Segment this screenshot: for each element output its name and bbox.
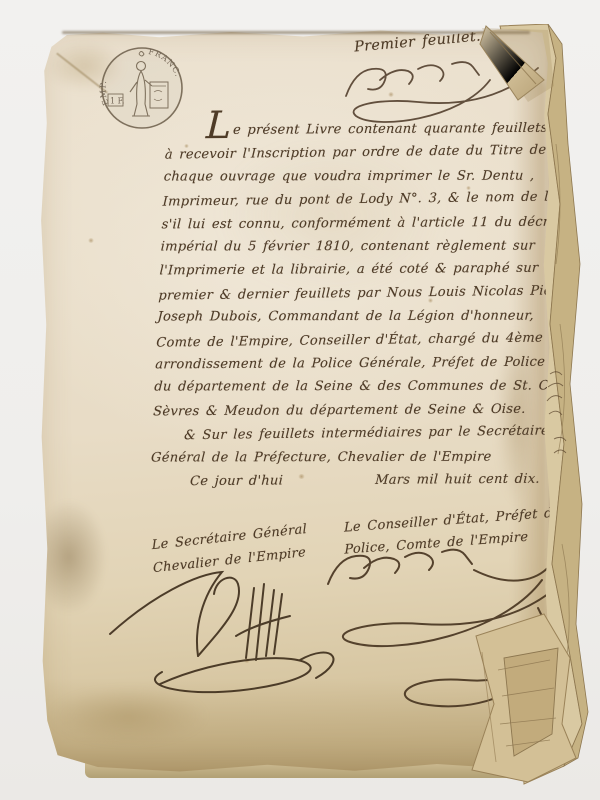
body-line: arrondissement de la Police Générale, Pr… (155, 351, 556, 377)
stain (30, 498, 108, 616)
body-line: Comte de l'Empire, Conseiller d'État, ch… (156, 326, 557, 355)
secretary-signature-icon (102, 564, 352, 714)
fox-spot (88, 238, 94, 243)
body-line: impérial du 5 février 1810, contenant rè… (160, 235, 561, 259)
document-photo: EMP. FRANC. 1 F. Premier feuillet. le (0, 0, 600, 800)
date-line-right: Mars mil huit cent dix. (375, 468, 541, 493)
body-line: s'il lui est connu, conformément à l'art… (161, 210, 562, 236)
body-line: & Sur les feuillets intermédiaires par l… (152, 420, 553, 449)
dog-ear-fold (452, 2, 562, 112)
body-line: premier & dernier feuillets par Nous Lou… (158, 279, 559, 308)
stamp-denomination: 1 F. (110, 97, 124, 106)
body-line: du département de la Seine & des Commune… (154, 375, 555, 399)
binding-stitch (34, 586, 42, 606)
body-line: à recevoir l'Inscription par ordre de da… (164, 139, 565, 168)
body-text: Le présent Livre contenant quarante feui… (149, 117, 566, 495)
date-line: Ce jour d'hui Mars mil huit cent dix. (149, 468, 550, 495)
binding-stitch (34, 378, 42, 393)
body-line: chaque ouvrage que voudra imprimer le Sr… (163, 164, 564, 188)
date-line-left: Ce jour d'hui (189, 470, 283, 495)
crumpled-corner (432, 592, 582, 792)
body-line: Général de la Préfecture, Chevalier de l… (150, 445, 551, 469)
body-line: Joseph Dubois, Commandant de la Légion d… (157, 305, 558, 329)
